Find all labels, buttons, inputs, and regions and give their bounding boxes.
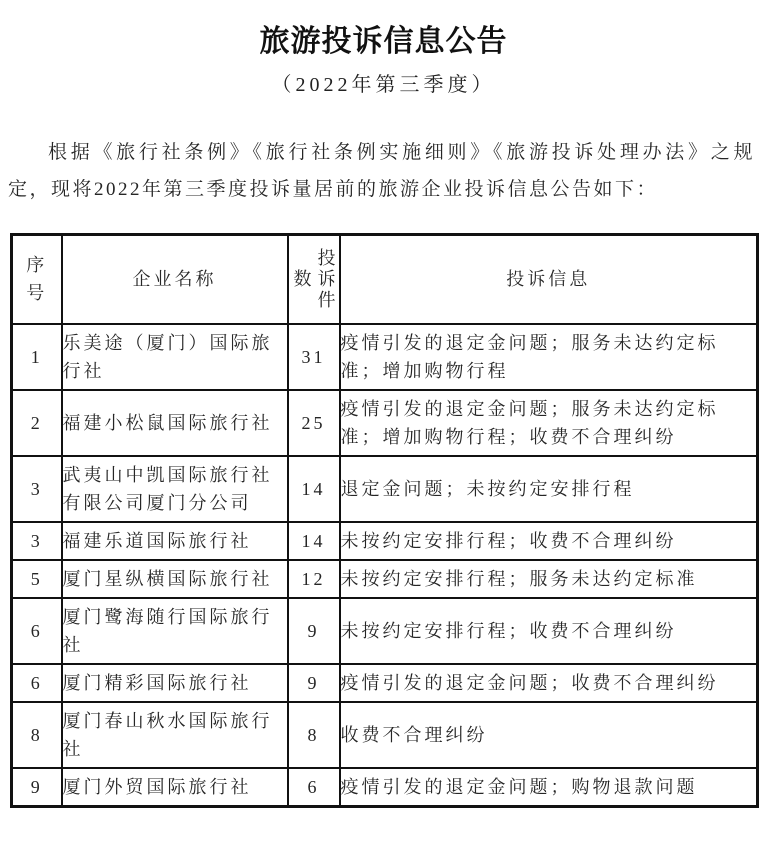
serial-number-cell: 9 <box>12 768 62 807</box>
serial-number-cell: 5 <box>12 560 62 598</box>
complaint-count-cell: 25 <box>288 390 340 456</box>
table-row: 8 厦门春山秋水国际旅行社 8 收费不合理纠纷 <box>12 702 758 768</box>
header-count-label: 投诉件数 <box>290 240 338 319</box>
table-header-row: 序号 企业名称 投诉件数 投诉信息 <box>12 235 758 324</box>
table-row: 9 厦门外贸国际旅行社 6 疫情引发的退定金问题；购物退款问题 <box>12 768 758 807</box>
complaint-count-cell: 8 <box>288 702 340 768</box>
serial-number-cell: 6 <box>12 598 62 664</box>
intro-paragraph: 根据《旅行社条例》《旅行社条例实施细则》《旅游投诉处理办法》之规定，现将2022… <box>8 134 755 208</box>
complaint-count-cell: 14 <box>288 522 340 560</box>
serial-number-cell: 3 <box>12 456 62 522</box>
complaint-info-cell: 疫情引发的退定金问题；收费不合理纠纷 <box>340 664 758 702</box>
table-row: 5 厦门星纵横国际旅行社 12 未按约定安排行程；服务未达约定标准 <box>12 560 758 598</box>
company-name-cell: 福建小松鼠国际旅行社 <box>62 390 288 456</box>
company-name-cell: 厦门外贸国际旅行社 <box>62 768 288 807</box>
complaint-info-cell: 疫情引发的退定金问题；服务未达约定标准；增加购物行程 <box>340 324 758 390</box>
company-name-cell: 福建乐道国际旅行社 <box>62 522 288 560</box>
complaint-info-cell: 未按约定安排行程；收费不合理纠纷 <box>340 598 758 664</box>
serial-number-cell: 1 <box>12 324 62 390</box>
table-row: 6 厦门精彩国际旅行社 9 疫情引发的退定金问题；收费不合理纠纷 <box>12 664 758 702</box>
serial-number-cell: 8 <box>12 702 62 768</box>
company-name-cell: 厦门星纵横国际旅行社 <box>62 560 288 598</box>
complaint-count-cell: 9 <box>288 664 340 702</box>
serial-number-cell: 6 <box>12 664 62 702</box>
serial-number-cell: 2 <box>12 390 62 456</box>
complaint-count-cell: 9 <box>288 598 340 664</box>
company-name-cell: 厦门春山秋水国际旅行社 <box>62 702 288 768</box>
complaint-info-cell: 未按约定安排行程；服务未达约定标准 <box>340 560 758 598</box>
complaint-info-cell: 未按约定安排行程；收费不合理纠纷 <box>340 522 758 560</box>
company-name-cell: 厦门精彩国际旅行社 <box>62 664 288 702</box>
company-name-cell: 武夷山中凯国际旅行社有限公司厦门分公司 <box>62 456 288 522</box>
table-row: 2 福建小松鼠国际旅行社 25 疫情引发的退定金问题；服务未达约定标准；增加购物… <box>12 390 758 456</box>
header-index: 序号 <box>12 235 62 324</box>
complaint-info-cell: 疫情引发的退定金问题；购物退款问题 <box>340 768 758 807</box>
announcement-document: 旅游投诉信息公告 （2022年第三季度） 根据《旅行社条例》《旅行社条例实施细则… <box>0 0 767 846</box>
header-info-label: 投诉信息 <box>506 269 590 289</box>
complaint-count-cell: 12 <box>288 560 340 598</box>
table-body: 1 乐美途（厦门）国际旅行社 31 疫情引发的退定金问题；服务未达约定标准；增加… <box>12 324 758 807</box>
serial-number-cell: 3 <box>12 522 62 560</box>
complaint-count-cell: 14 <box>288 456 340 522</box>
page-subtitle: （2022年第三季度） <box>0 72 767 98</box>
complaint-info-cell: 疫情引发的退定金问题；服务未达约定标准；增加购物行程；收费不合理纠纷 <box>340 390 758 456</box>
company-name-cell: 厦门鹭海随行国际旅行社 <box>62 598 288 664</box>
complaint-count-cell: 6 <box>288 768 340 807</box>
table-row: 6 厦门鹭海随行国际旅行社 9 未按约定安排行程；收费不合理纠纷 <box>12 598 758 664</box>
complaint-count-cell: 31 <box>288 324 340 390</box>
header-company-label: 企业名称 <box>133 269 217 289</box>
complaint-info-cell: 收费不合理纠纷 <box>340 702 758 768</box>
complaints-table: 序号 企业名称 投诉件数 投诉信息 1 乐美途（厦门）国际旅行社 31 疫情引发… <box>10 233 759 808</box>
header-company: 企业名称 <box>62 235 288 324</box>
table-row: 3 武夷山中凯国际旅行社有限公司厦门分公司 14 退定金问题；未按约定安排行程 <box>12 456 758 522</box>
header-count: 投诉件数 <box>288 235 340 324</box>
table-row: 3 福建乐道国际旅行社 14 未按约定安排行程；收费不合理纠纷 <box>12 522 758 560</box>
header-info: 投诉信息 <box>340 235 758 324</box>
company-name-cell: 乐美途（厦门）国际旅行社 <box>62 324 288 390</box>
header-index-label: 序号 <box>25 251 49 307</box>
table-row: 1 乐美途（厦门）国际旅行社 31 疫情引发的退定金问题；服务未达约定标准；增加… <box>12 324 758 390</box>
page-title: 旅游投诉信息公告 <box>0 25 767 59</box>
complaint-info-cell: 退定金问题；未按约定安排行程 <box>340 456 758 522</box>
